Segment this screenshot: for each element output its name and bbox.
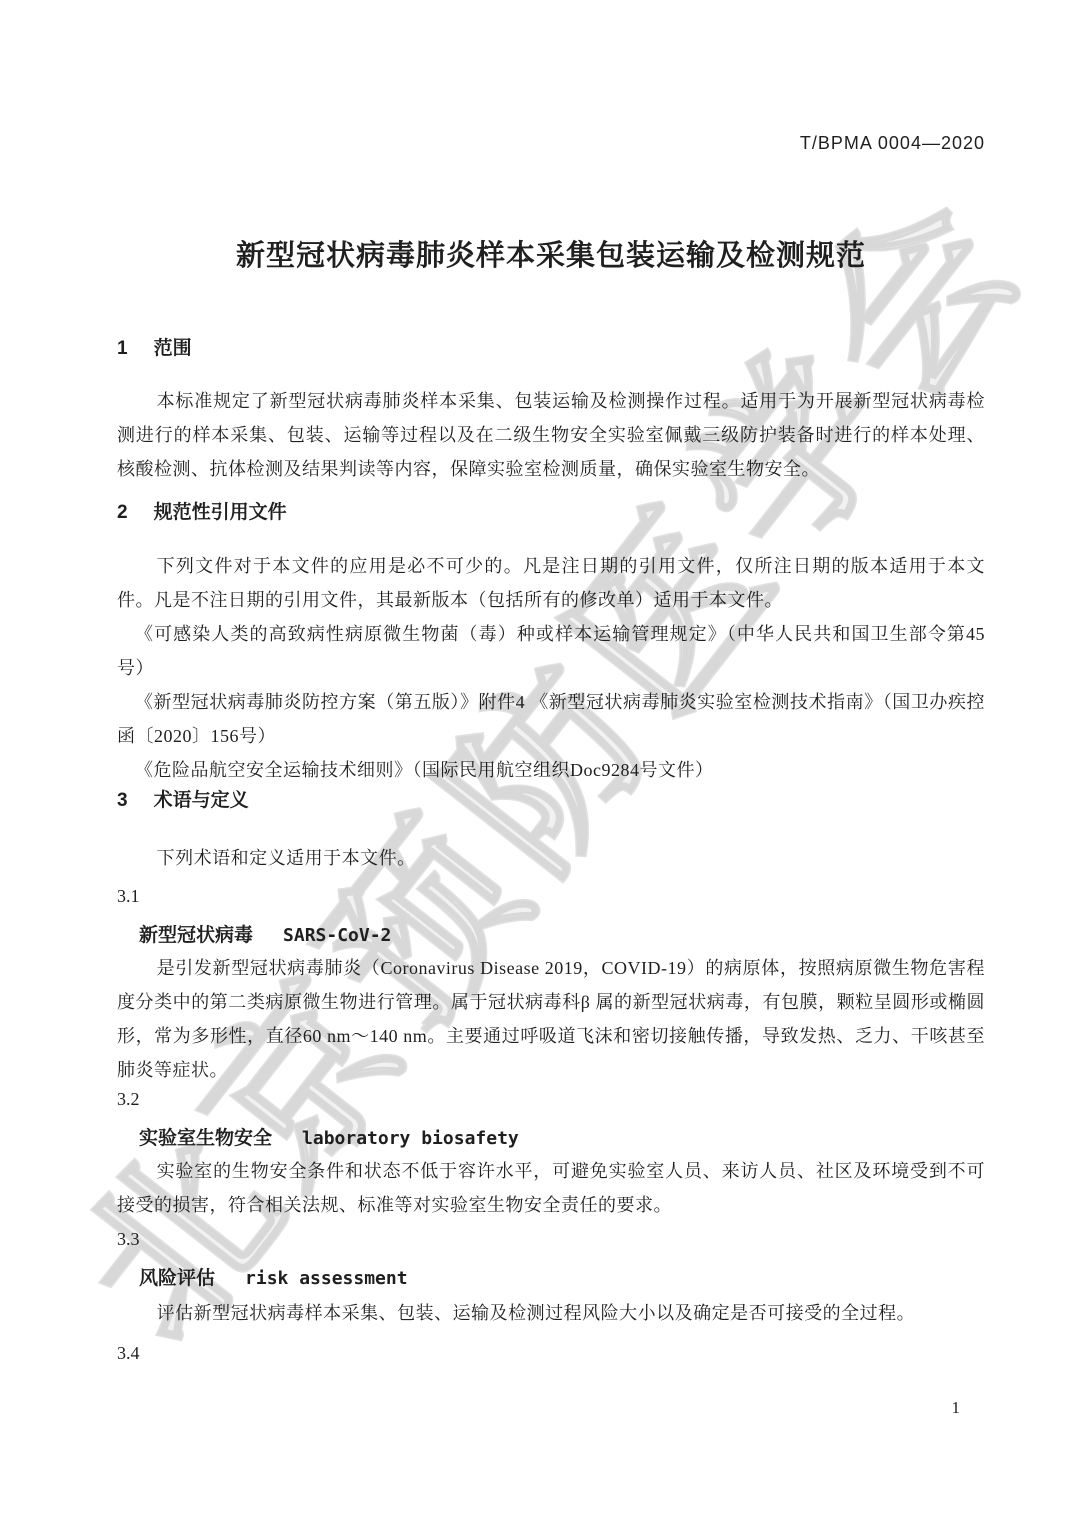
term-3-1-name: 新型冠状病毒	[139, 925, 253, 946]
reference-item: 《危险品航空安全运输技术细则》（国际民用航空组织Doc9284号文件）	[117, 753, 985, 787]
term-3-4-number: 3.4	[117, 1341, 985, 1365]
terms-intro: 下列术语和定义适用于本文件。	[117, 841, 985, 875]
term-3-1-english: SARS-CoV-2	[283, 925, 391, 946]
section-references-heading: 2规范性引用文件	[117, 501, 985, 525]
term-3-3-definition: 评估新型冠状病毒样本采集、包装、运输及检测过程风险大小以及确定是否可接受的全过程…	[117, 1296, 985, 1330]
term-3-1-heading: 新型冠状病毒SARS-CoV-2	[139, 924, 985, 948]
term-3-2-number: 3.2	[117, 1087, 985, 1111]
term-3-3-number: 3.3	[117, 1227, 985, 1251]
document-content: T/BPMA 0004—2020 新型冠状病毒肺炎样本采集包装运输及检测规范 1…	[117, 0, 985, 1365]
scope-paragraph: 本标准规定了新型冠状病毒肺炎样本采集、包装运输及检测操作过程。适用于为开展新型冠…	[117, 384, 985, 486]
term-3-3-name: 风险评估	[139, 1268, 215, 1289]
section-terms-heading: 3术语与定义	[117, 789, 985, 813]
section-references-number: 2	[117, 501, 128, 525]
section-scope-title: 范围	[154, 338, 192, 359]
section-terms-title: 术语与定义	[154, 790, 249, 811]
page-header: T/BPMA 0004—2020	[117, 0, 985, 154]
section-references-title: 规范性引用文件	[154, 502, 287, 523]
term-3-2-definition: 实验室的生物安全条件和状态不低于容许水平，可避免实验室人员、来访人员、社区及环境…	[117, 1154, 985, 1222]
term-3-2-name: 实验室生物安全	[139, 1128, 272, 1149]
reference-item: 《新型冠状病毒肺炎防控方案（第五版）》附件4 《新型冠状病毒肺炎实验室检测技术指…	[117, 685, 985, 753]
page-number: 1	[952, 1398, 961, 1418]
term-3-1-definition: 是引发新型冠状病毒肺炎（Coronavirus Disease 2019，COV…	[117, 951, 985, 1087]
term-3-3-heading: 风险评估risk assessment	[139, 1267, 985, 1291]
term-3-2-english: laboratory biosafety	[302, 1128, 519, 1149]
section-scope-heading: 1范围	[117, 337, 985, 361]
standard-number: T/BPMA 0004—2020	[800, 133, 985, 153]
term-3-3-english: risk assessment	[245, 1268, 408, 1289]
references-intro: 下列文件对于本文件的应用是必不可少的。凡是注日期的引用文件，仅所注日期的版本适用…	[117, 549, 985, 617]
section-terms-number: 3	[117, 789, 128, 813]
document-page: 北京预防医学会 T/BPMA 0004—2020 新型冠状病毒肺炎样本采集包装运…	[0, 0, 1080, 1527]
document-title: 新型冠状病毒肺炎样本采集包装运输及检测规范	[117, 236, 985, 276]
term-3-1-number: 3.1	[117, 884, 985, 908]
reference-item: 《可感染人类的高致病性病原微生物菌（毒）种或样本运输管理规定》（中华人民共和国卫…	[117, 617, 985, 685]
section-scope-number: 1	[117, 337, 128, 361]
term-3-2-heading: 实验室生物安全laboratory biosafety	[139, 1127, 985, 1151]
